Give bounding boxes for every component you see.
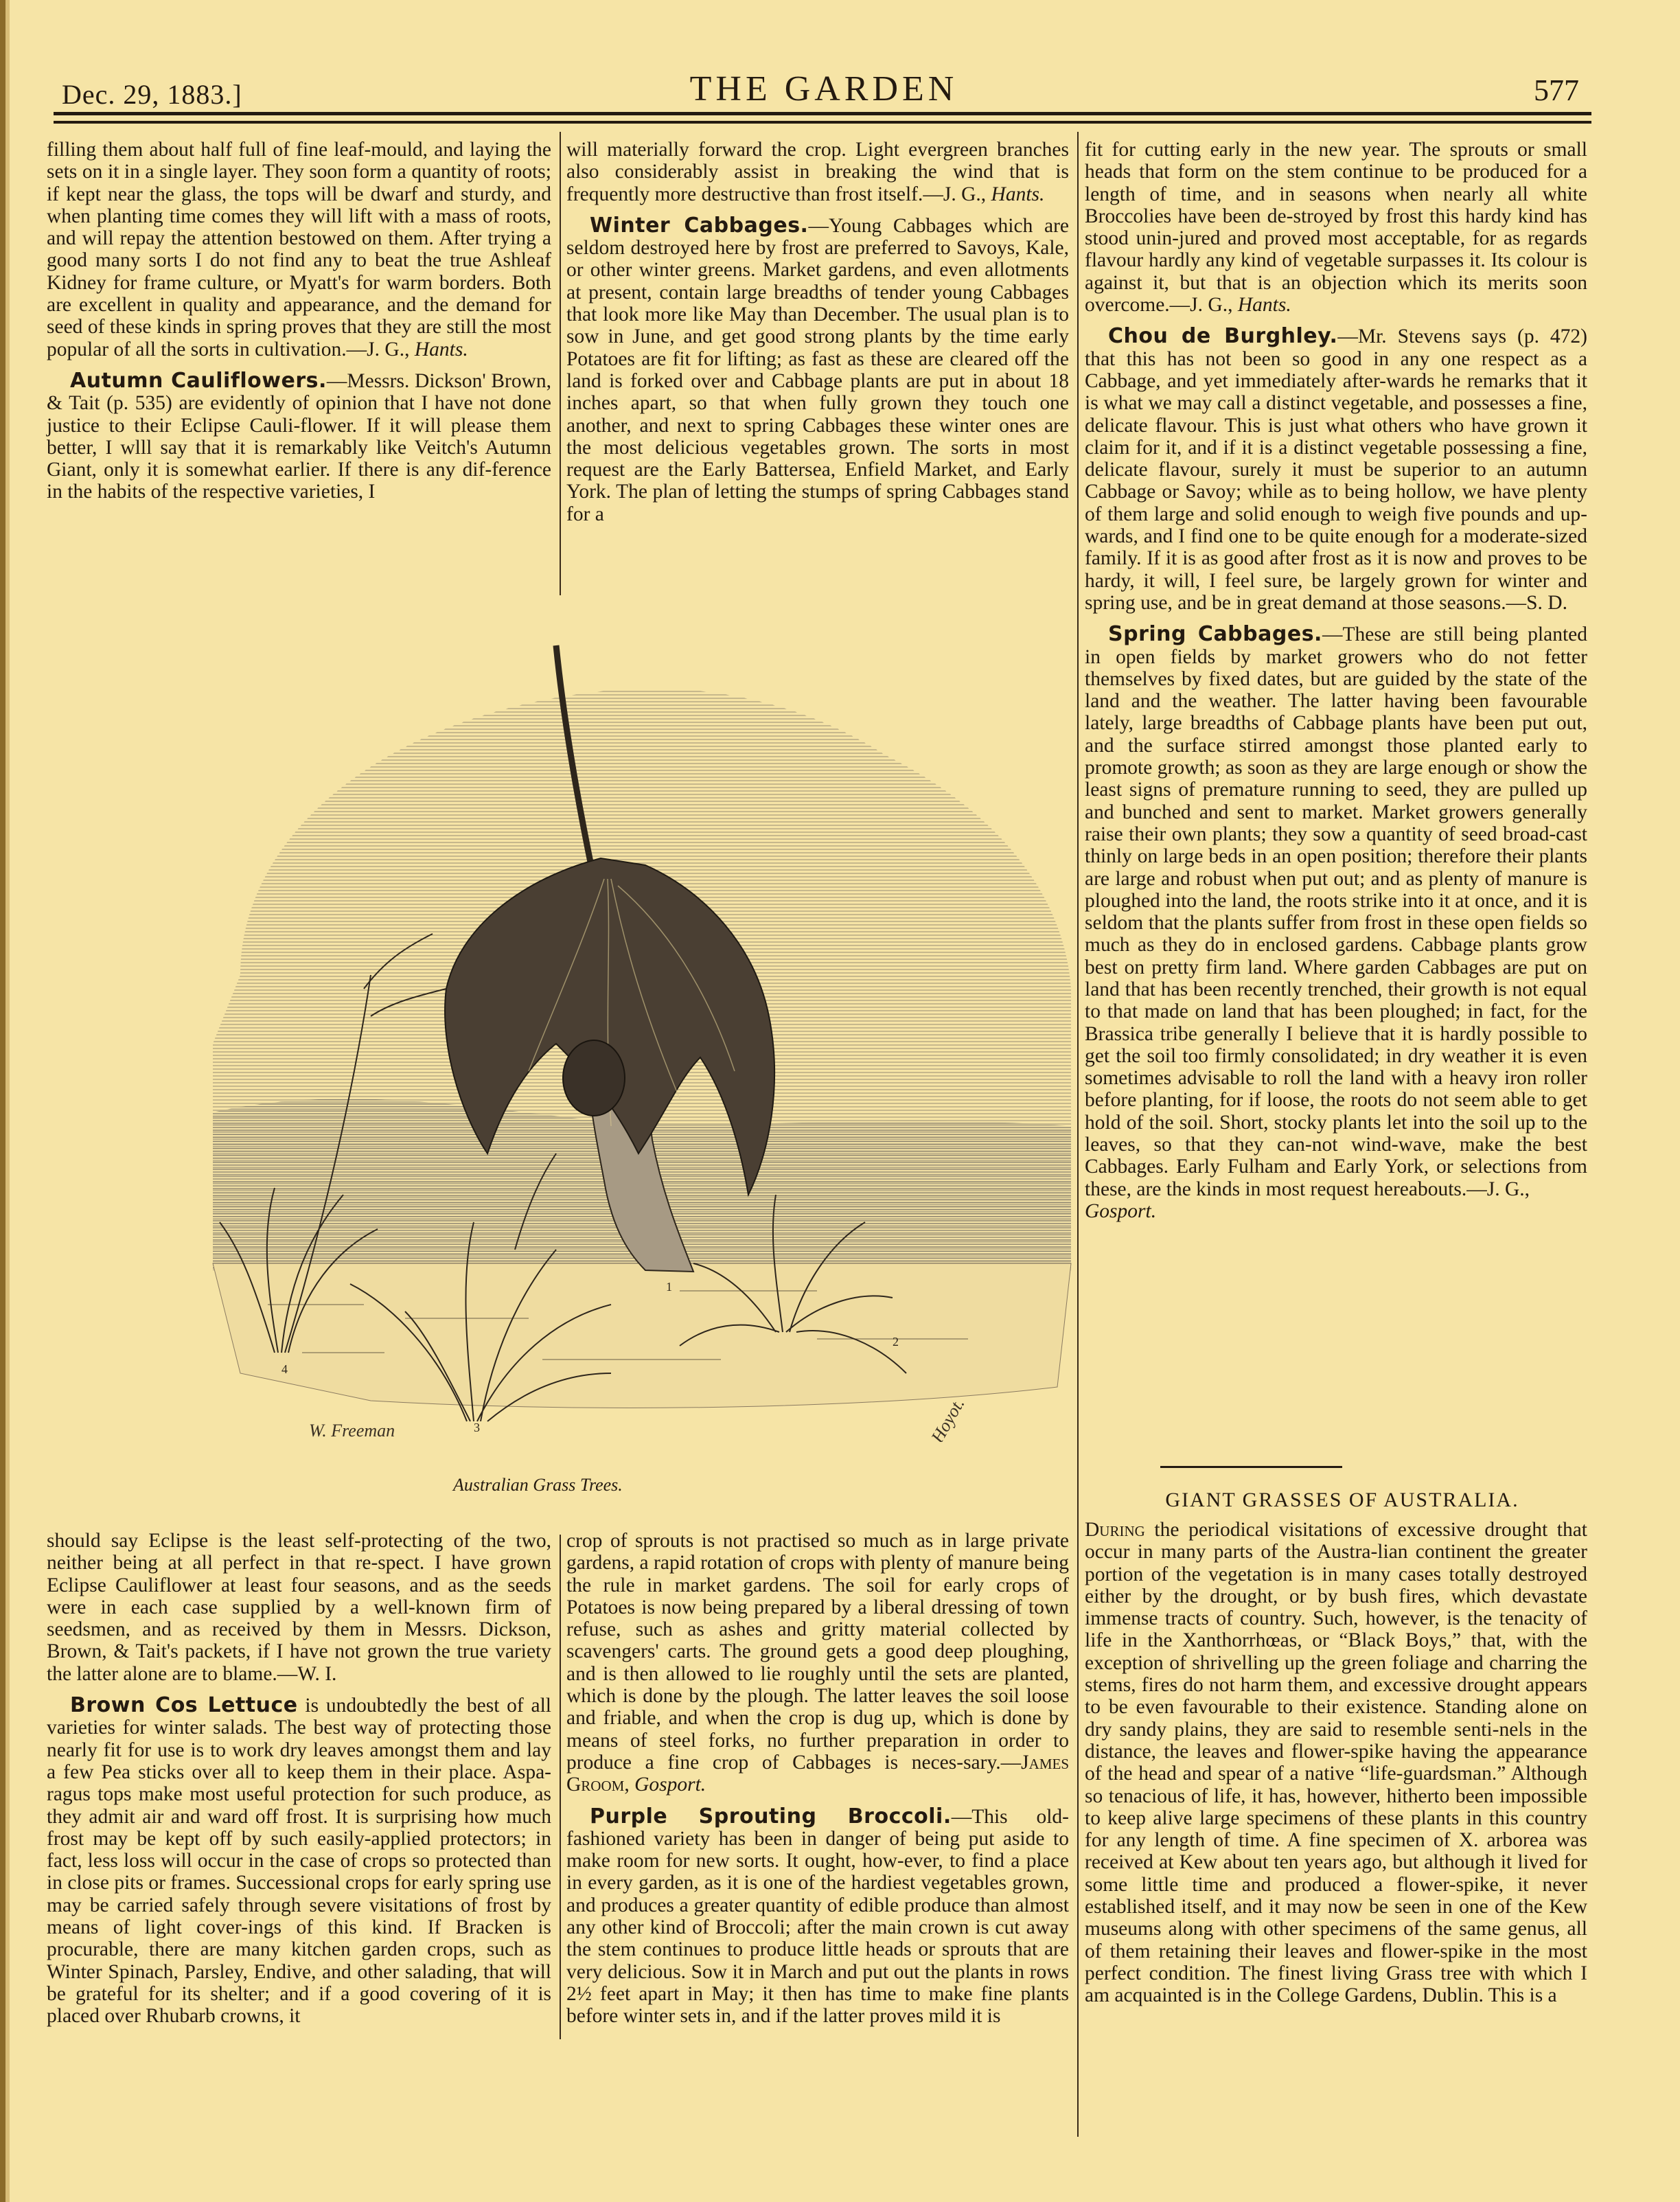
masthead-rule-bottom — [54, 121, 1591, 124]
article-giant-grasses: During the periodical visitations of exc… — [1085, 1519, 1587, 2007]
page-binding-shadow — [5, 0, 10, 2202]
page-binding-edge — [0, 0, 5, 2202]
article-heading: Chou de Burghley. — [1108, 324, 1337, 348]
article-continuation: should say Eclipse is the least self-pro… — [47, 1530, 551, 1685]
drop-lead-word: During — [1085, 1519, 1145, 1541]
figure-label-3: 3 — [474, 1421, 480, 1434]
column-2-top: will materially forward the crop. Light … — [566, 139, 1069, 525]
article-heading: Brown Cos Lettuce — [70, 1693, 298, 1717]
publication-title: THE GARDEN — [41, 69, 1607, 109]
figure-label-2: 2 — [893, 1335, 899, 1349]
article-spring-cabbages: Spring Cabbages.—These are still being p… — [1085, 623, 1587, 1222]
signature-location: Hants. — [415, 339, 468, 360]
illustration-australian-grass-trees: 1 2 3 4 W. Freeman Hoyot. — [199, 632, 1085, 1442]
engraver-signature: W. Freeman — [309, 1421, 395, 1441]
signature-location: Gosport. — [634, 1774, 706, 1796]
column-2-bottom: crop of sprouts is not practised so much… — [566, 1530, 1069, 2028]
signature-location: Gosport. — [1085, 1200, 1156, 1222]
masthead: Dec. 29, 1883.] THE GARDEN 577 — [41, 69, 1607, 117]
signature-location: Hants. — [991, 183, 1045, 205]
article-winter-cabbages: Winter Cabbages.—Young Cabbages which ar… — [566, 215, 1069, 525]
article-heading: Purple Sprouting Broccoli. — [590, 1804, 952, 1828]
engraver-signature: Hoyot. — [927, 1395, 969, 1442]
column-1-bottom: should say Eclipse is the least self-pro… — [47, 1530, 551, 2028]
article-continuation: will materially forward the crop. Light … — [566, 139, 1069, 205]
article-continuation: filling them about half full of fine lea… — [47, 139, 551, 360]
section-divider — [1160, 1466, 1342, 1468]
figure-caption: Australian Grass Trees. — [453, 1475, 623, 1495]
masthead-rule-top — [54, 112, 1591, 115]
column-3: fit for cutting early in the new year. T… — [1085, 139, 1587, 1222]
figure-label-4: 4 — [281, 1362, 288, 1376]
column-divider — [560, 132, 561, 595]
figure-label-1: 1 — [666, 1280, 672, 1294]
signature-location: Hants. — [1238, 294, 1291, 316]
article-heading: Autumn Cauliflowers. — [70, 369, 327, 393]
article-continuation: crop of sprouts is not practised so much… — [566, 1530, 1069, 1796]
column-divider — [560, 1535, 561, 2039]
article-continuation: fit for cutting early in the new year. T… — [1085, 139, 1587, 316]
article-heading: Spring Cabbages. — [1108, 622, 1322, 646]
page-number: 577 — [1534, 73, 1579, 108]
article-brown-cos-lettuce: Brown Cos Lettuce is undoubtedly the bes… — [47, 1695, 551, 2027]
article-heading: Winter Cabbages. — [590, 214, 808, 238]
column-1-top: filling them about half full of fine lea… — [47, 139, 551, 503]
article-purple-sprouting-broccoli: Purple Sprouting Broccoli.—This old-fash… — [566, 1806, 1069, 2028]
article-chou-de-burghley: Chou de Burghley.—Mr. Stevens says (p. 4… — [1085, 325, 1587, 614]
engraving-image: 1 2 3 4 W. Freeman Hoyot. — [199, 632, 1085, 1442]
article-autumn-cauliflowers: Autumn Cauliflowers.—Messrs. Dickson' Br… — [47, 370, 551, 503]
section-title: GIANT GRASSES OF AUSTRALIA. — [1078, 1489, 1607, 1512]
